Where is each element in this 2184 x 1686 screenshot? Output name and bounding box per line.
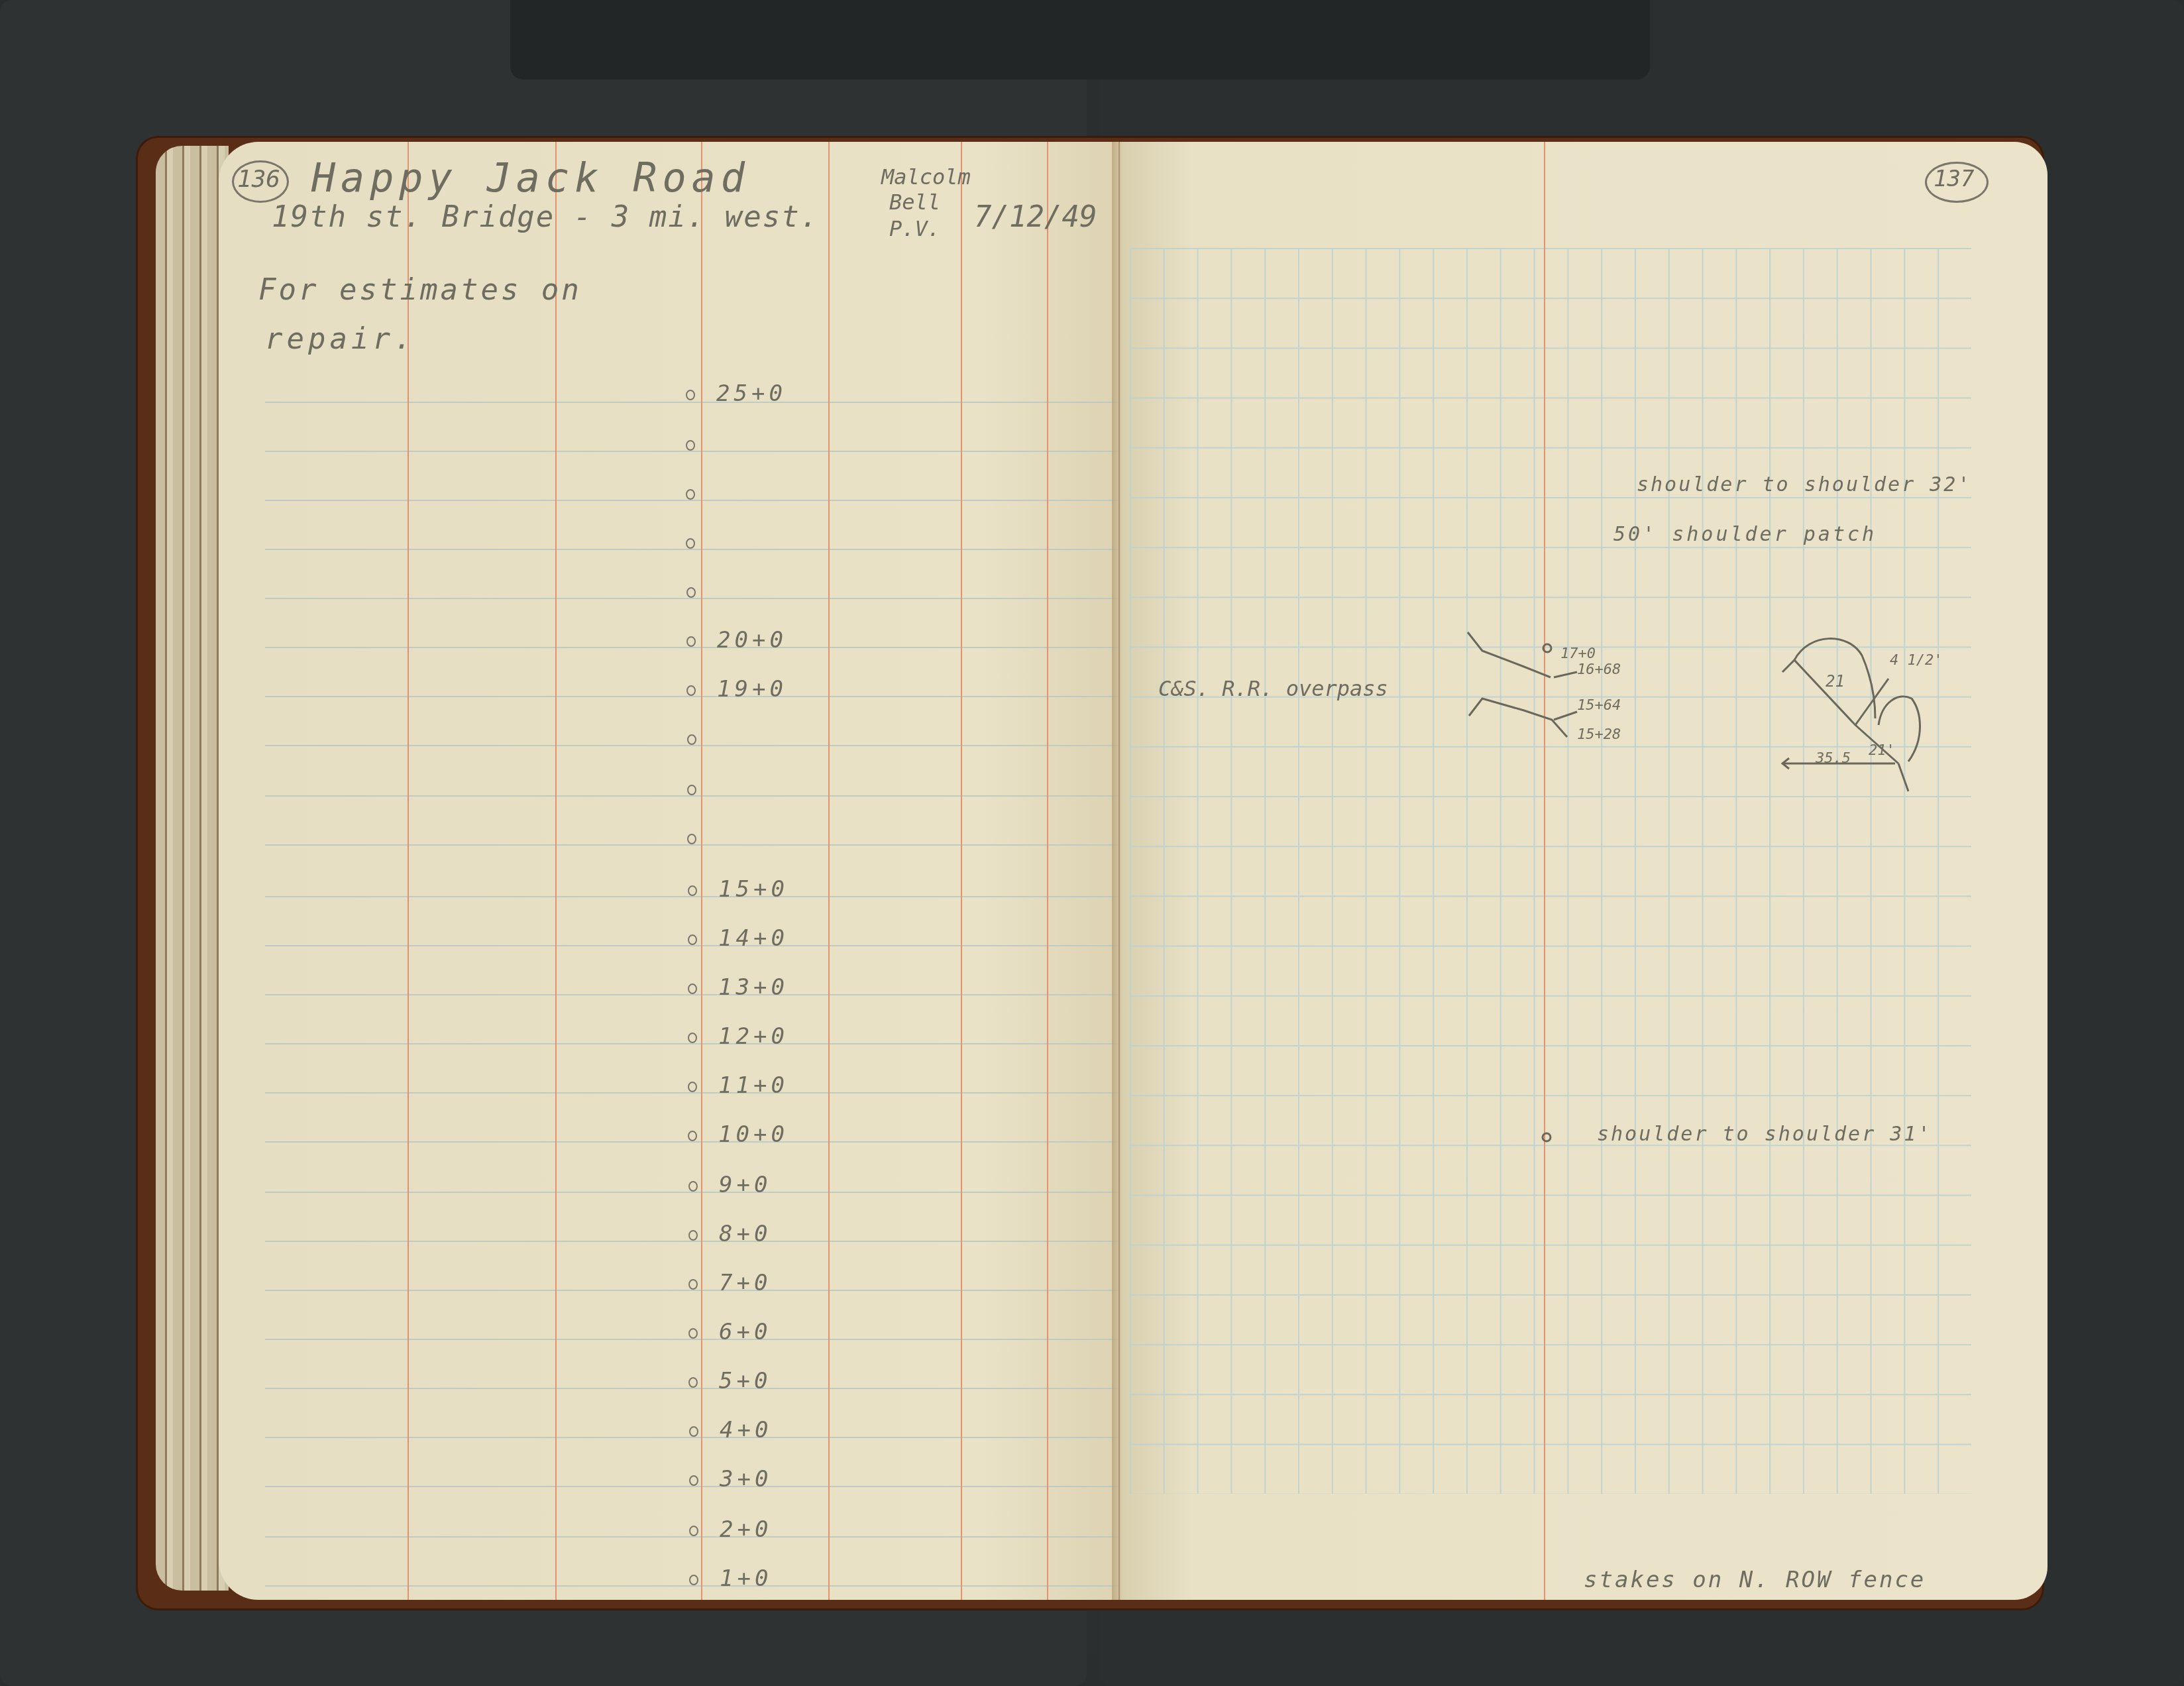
station-16-68: 16+68 [1577,661,1621,678]
station-15-28: 15+28 [1577,726,1621,743]
stake-dot-icon [688,1181,698,1192]
stake-dot-icon [688,983,697,994]
station-column: 25+0 20+0 19+0 15+0 14+0 13+0 12+0 11+0 … [219,142,1119,1600]
stake-dot-icon [686,390,695,400]
station-blank [686,529,951,555]
stake-dot-icon [688,1377,698,1388]
station-8: 8+0 [688,1221,954,1247]
stake-dot-icon [688,934,697,945]
page-stack-edges [156,146,229,1591]
right-page: 137 shoulder to shoulder 32' 50' shoulde… [1120,142,2048,1600]
station-blank [687,725,952,752]
overpass-sketch [1120,142,2048,1600]
dimension-21-ft: 21' [1869,742,1895,759]
station-10: 10+0 [688,1121,953,1148]
stake-dot-icon [688,1279,698,1290]
stake-dot-icon [686,489,695,500]
station-17: 17+0 [1560,646,1596,662]
stake-dot-icon [687,785,696,795]
station-13: 13+0 [688,974,953,1001]
stake-dot-icon [686,685,696,696]
station-4: 4+0 [689,1417,954,1443]
stake-dot-icon [688,1328,698,1339]
station-blank [686,431,951,457]
dimension-21: 21 [1826,672,1845,691]
stake-dot-icon [686,636,696,647]
station-6: 6+0 [688,1319,954,1345]
stake-dot-icon [686,538,695,549]
station-blank [686,480,951,506]
stake-dot-icon [688,1082,697,1092]
station-14: 14+0 [688,925,953,952]
stake-dot-icon [688,1230,698,1241]
stake-dot-icon [687,834,696,844]
stake-dot-icon [686,587,696,598]
station-5: 5+0 [688,1368,954,1394]
page-gutter [1112,142,1122,1600]
left-page: 136 Happy Jack Road 19th st. Bridge - 3 … [219,142,1119,1600]
dimension-4-half: 4 1/2' [1890,652,1942,669]
station-19: 19+0 [686,676,952,702]
station-3: 3+0 [689,1466,954,1492]
note-stakes-row-fence: stakes on N. ROW fence [1584,1567,1926,1593]
dimension-35-5: 35.5 [1816,750,1851,767]
station-blank [687,775,952,802]
note-shoulder-31: shoulder to shoulder 31' [1597,1123,1932,1146]
stake-dot-icon [689,1426,698,1437]
station-1: 1+0 [689,1565,954,1592]
background-clip [510,0,1650,80]
station-blank [686,578,952,604]
stake-dot-icon [689,1475,698,1486]
station-11: 11+0 [688,1072,953,1099]
station-25: 25+0 [686,380,951,407]
station-2: 2+0 [689,1516,954,1543]
station-20: 20+0 [686,627,952,653]
stake-dot-icon [688,1033,697,1043]
stake-dot-icon [688,1131,697,1141]
station-15-64: 15+64 [1577,697,1621,714]
stake-dot-icon [688,885,697,896]
stake-dot-icon [689,1526,698,1536]
station-blank [687,824,952,851]
stake-dot-icon [687,734,696,745]
station-12: 12+0 [688,1023,953,1050]
station-15: 15+0 [688,876,953,903]
stake-dot-icon [686,440,695,451]
station-7: 7+0 [688,1270,954,1296]
stake-dot-icon [689,1575,698,1585]
station-9: 9+0 [688,1172,954,1198]
